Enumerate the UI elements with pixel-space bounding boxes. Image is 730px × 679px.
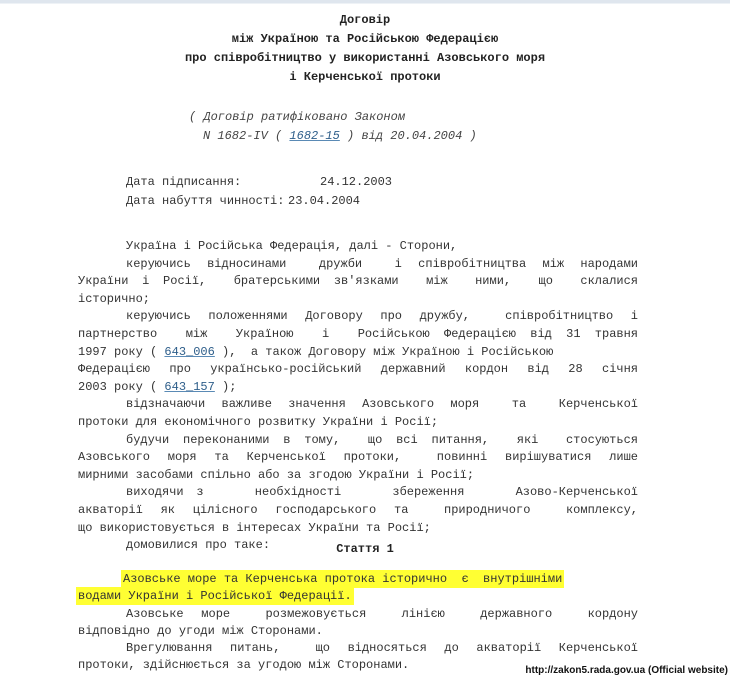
browser-top-border [0, 0, 730, 4]
highlighted-text: Азовське море та Керченська протока істо… [123, 572, 562, 586]
preamble-text: ); [215, 380, 237, 394]
effective-date-label: Дата набуття чинності: [126, 192, 284, 211]
preamble-line: виходячи з необхідності збереження Азово… [126, 483, 638, 502]
ratification-suffix: ) від 20.04.2004 ) [340, 129, 477, 143]
ratification-note-line-1: ( Договір ратифіковано Законом [189, 108, 405, 127]
preamble-line: керуючись відносинами дружби і співробіт… [126, 255, 638, 274]
preamble-line: історично; [78, 290, 150, 309]
effective-date-value: 23.04.2004 [288, 192, 360, 211]
preamble-line: протоки для економічного розвитку Україн… [78, 413, 438, 432]
preamble-line: 2003 року ( 643_157 ); [78, 378, 236, 397]
ratification-prefix: N 1682-IV ( [203, 129, 289, 143]
preamble-line: будучи переконаними в тому, що всі питан… [126, 431, 638, 450]
preamble-line: 1997 року ( 643_006 ), а також Договору … [78, 343, 638, 362]
preamble-text: ), а також Договору між Україною і Росій… [215, 345, 553, 359]
source-watermark: http://zakon5.rada.gov.ua (Official webs… [525, 665, 728, 676]
preamble-line: що використовується в інтересах України … [78, 519, 431, 538]
doc-title-line-1: Договір [0, 11, 730, 30]
preamble-line: мирними засобами спільно або за згодою У… [78, 466, 474, 485]
article-1-heading: Стаття 1 [0, 540, 730, 559]
treaty-link-643-157[interactable]: 643_157 [164, 380, 214, 394]
preamble-line: керуючись положеннями Договору про дружб… [126, 307, 638, 326]
doc-title-line-4: і Керченської протоки [0, 68, 730, 87]
signing-date-value: 24.12.2003 [320, 173, 392, 192]
article-1-highlighted-line-2: водами України і Російської Федерації. [78, 587, 352, 606]
doc-title-line-2: між Україною та Російською Федерацією [0, 30, 730, 49]
article-1-paragraph-line: протоки, здійснюється за угодою між Стор… [78, 656, 409, 675]
doc-title-line-3: про співробітництво у використанні Азовс… [0, 49, 730, 68]
preamble-line: Азовського моря та Керченської протоки, … [78, 448, 638, 467]
highlighted-text: водами України і Російської Федерації. [78, 589, 352, 603]
signing-date-label: Дата підписання: [126, 173, 241, 192]
preamble-line: Федерацією про українсько-російський дер… [78, 360, 638, 379]
preamble-text: 2003 року ( [78, 380, 164, 394]
preamble-line: України і Росії, братерськими зв'язками … [78, 272, 638, 291]
law-link-1682-15[interactable]: 1682-15 [289, 129, 339, 143]
preamble-line: відзначаючи важливе значення Азовського … [126, 395, 638, 414]
preamble-line: партнерство між Україною і Російською Фе… [78, 325, 638, 344]
preamble-line: акваторії як цілісного господарського та… [78, 501, 638, 520]
ratification-note-line-2: N 1682-IV ( 1682-15 ) від 20.04.2004 ) [203, 127, 477, 146]
preamble-line: Україна і Російська Федерація, далі - Ст… [126, 237, 457, 256]
preamble-text: 1997 року ( [78, 345, 164, 359]
treaty-link-643-006[interactable]: 643_006 [164, 345, 214, 359]
